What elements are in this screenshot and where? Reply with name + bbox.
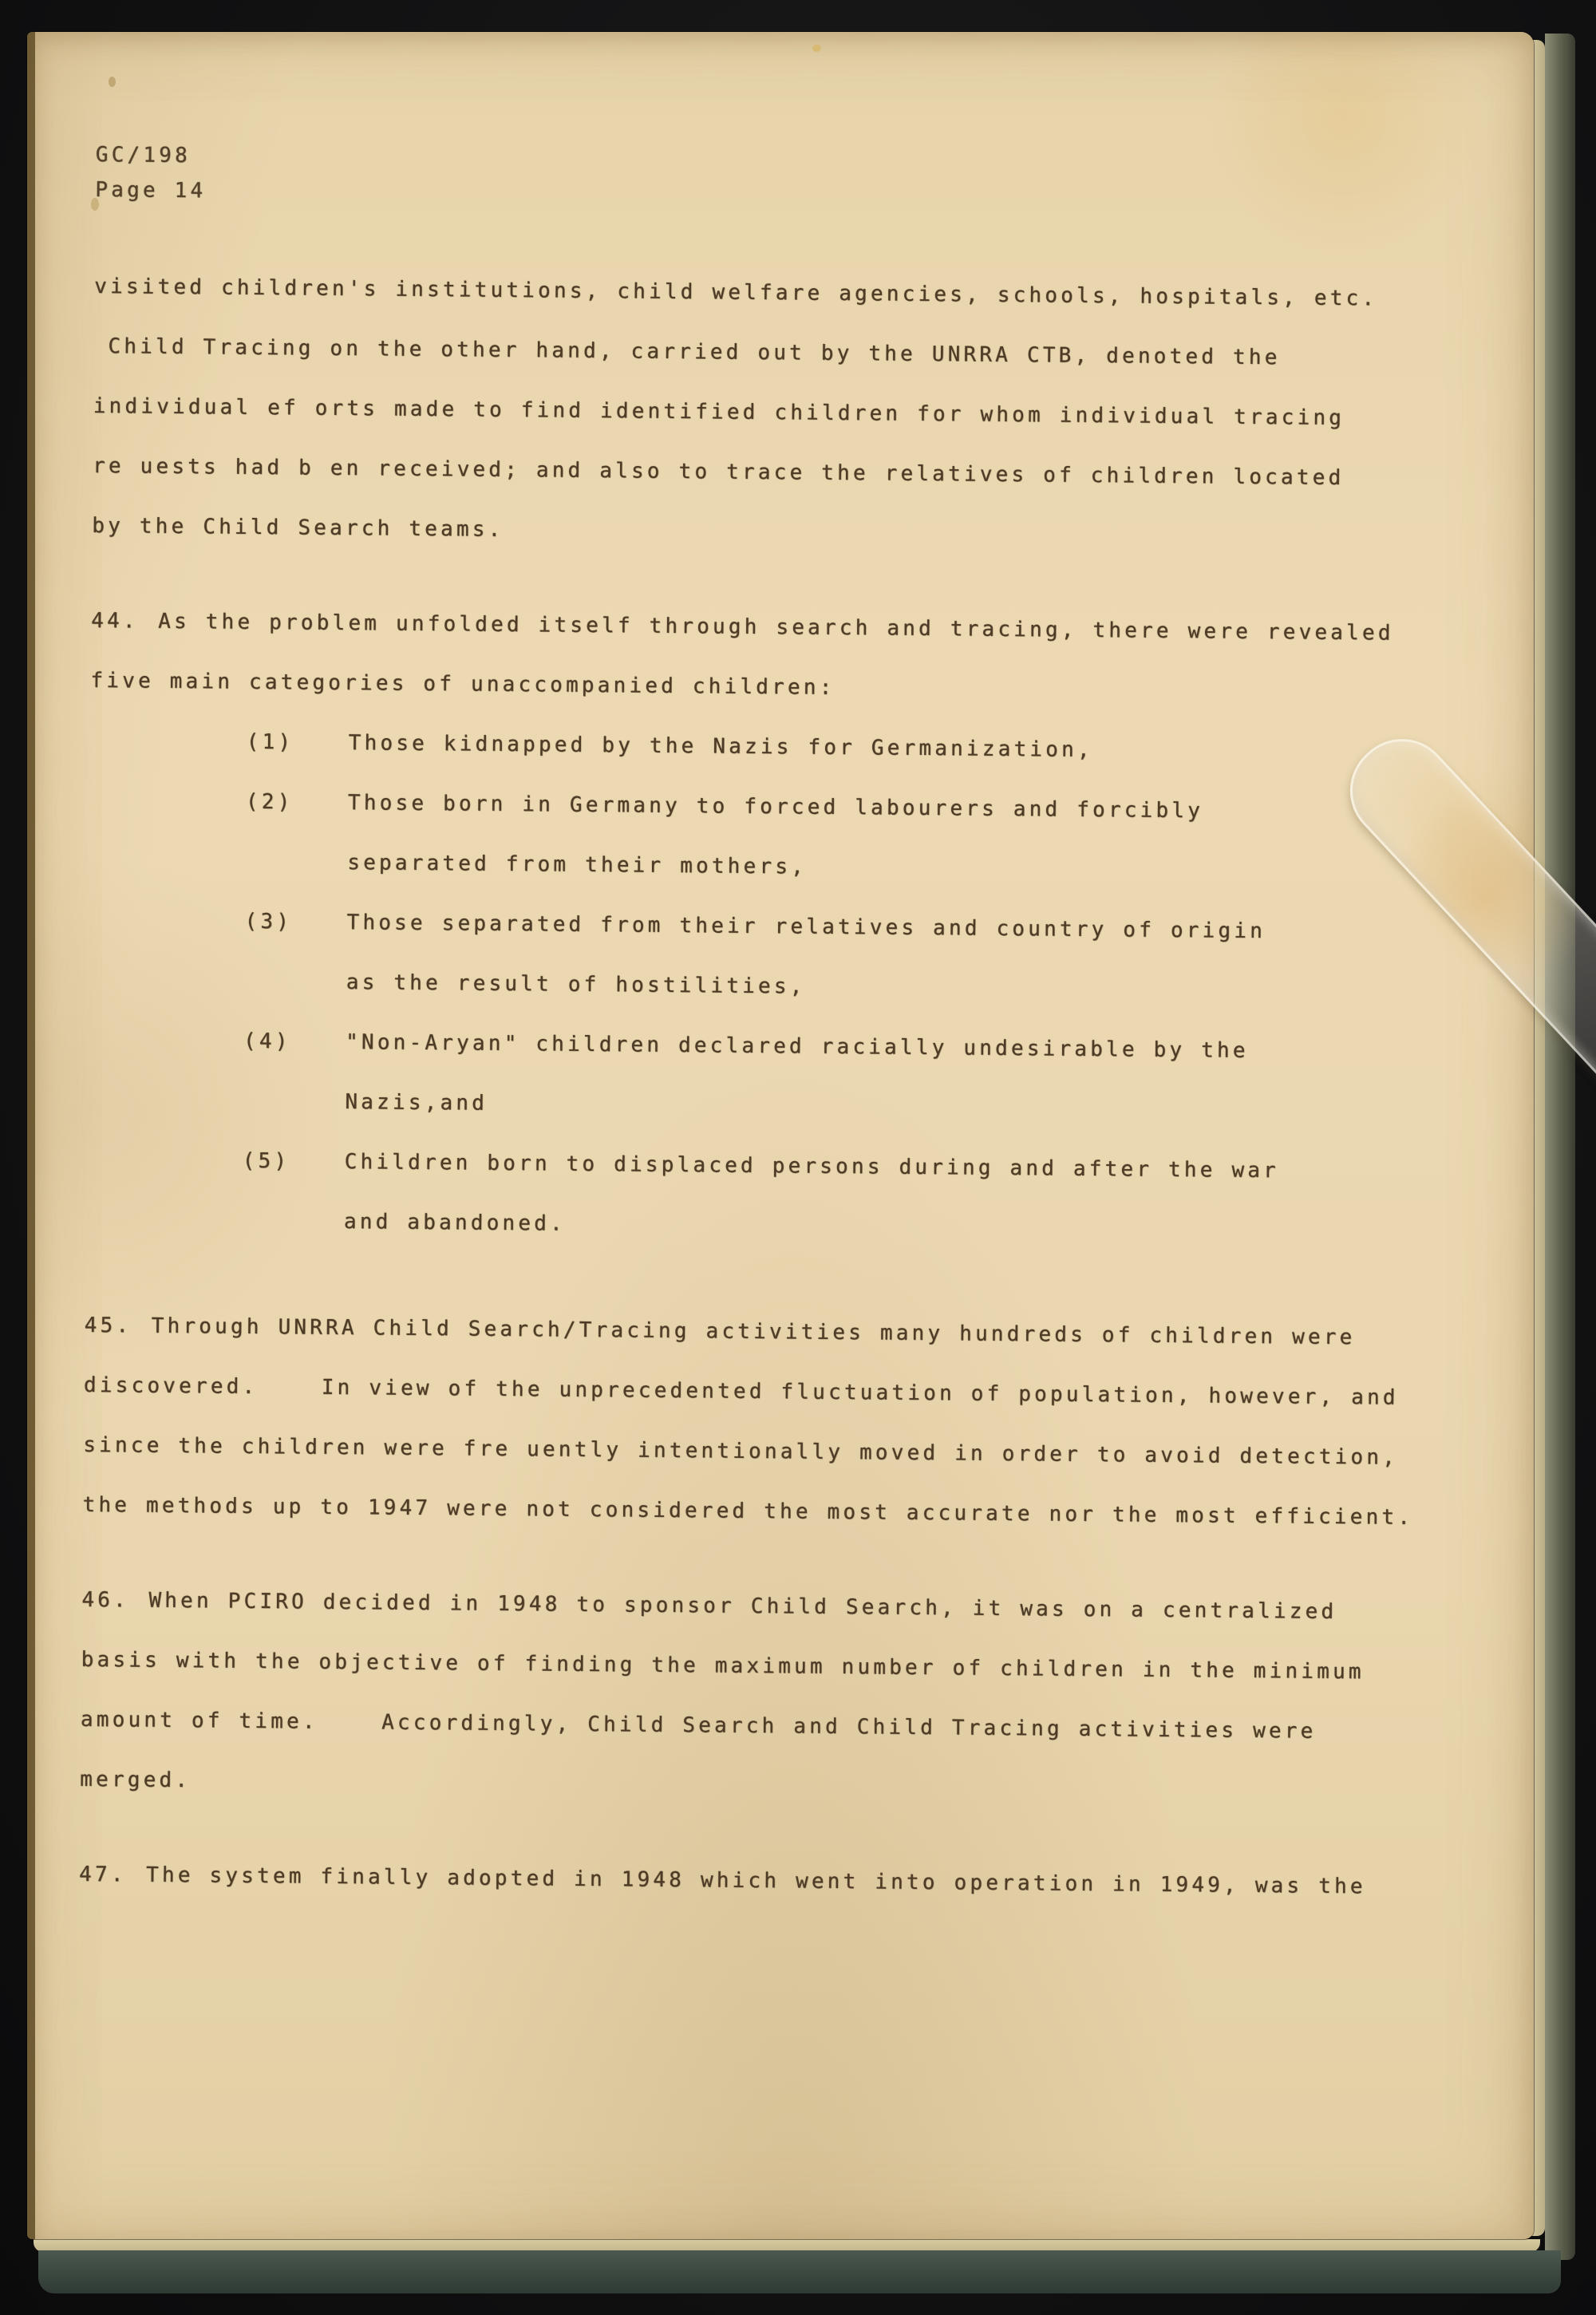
paragraph-46: 46. When PCIRO decided in 1948 to sponso…: [80, 1570, 1490, 1823]
list-item-text: Children born to displaced persons durin…: [344, 1132, 1279, 1201]
list-item-text: Nazis,and: [345, 1073, 488, 1134]
list-item-text: Those separated from their relatives and…: [346, 893, 1266, 962]
body-line: the methods up to 1947 were not consider…: [82, 1476, 1413, 1548]
list-item-text: Those kidnapped by the Nazis for Germani…: [348, 713, 1093, 780]
list-item-marker: (2): [246, 772, 349, 833]
paragraph-intro: visited children's institutions, child w…: [92, 257, 1503, 570]
scanned-archive-photo: { "colors": { "paper": "#ead7ae", "ink":…: [0, 0, 1596, 2315]
paragraph-number: 46.: [81, 1570, 149, 1631]
list-item-continuation: as the result of hostilities,: [346, 953, 1495, 1024]
body-line: When PCIRO decided in 1948 to sponsor Ch…: [148, 1571, 1337, 1642]
list-item-text: "Non-Aryan" children declared racially u…: [346, 1013, 1249, 1081]
paper-nick: [109, 77, 116, 87]
paper-stain-speck: [812, 45, 821, 52]
body-line: by the Child Search teams.: [92, 496, 504, 560]
body-line: Through UNRRA Child Search/Tracing activ…: [151, 1297, 1356, 1368]
body-line: merged.: [80, 1750, 192, 1811]
paragraph-number: 47.: [79, 1845, 147, 1906]
paragraph-44: 44. As the problem unfolded itself throu…: [90, 591, 1499, 725]
list-item-marker: (4): [243, 1012, 346, 1073]
list-item-marker: (5): [242, 1132, 345, 1192]
typewritten-text: GC/198 Page 14 visited children's instit…: [78, 137, 1503, 1954]
list-item-text: separated from their mothers,: [347, 833, 807, 898]
list-item-text: as the result of hostilities,: [346, 953, 805, 1017]
body-line: The system finally adopted in 1948 which…: [146, 1846, 1366, 1918]
list-item-continuation: Nazis,and: [345, 1073, 1495, 1144]
body-line: five main categories of unaccompanied ch…: [90, 651, 836, 718]
list-item-text: and abandoned.: [344, 1192, 567, 1254]
paragraph-number: 44.: [91, 591, 159, 652]
body-line: amount of time. Accordingly, Child Searc…: [81, 1690, 1317, 1762]
list-item-continuation: separated from their mothers,: [347, 833, 1497, 904]
document-header: GC/198 Page 14: [95, 137, 1503, 221]
category-list: (1) Those kidnapped by the Nazis for Ger…: [85, 711, 1498, 1263]
paragraph-45: 45. Through UNRRA Child Search/Tracing a…: [82, 1296, 1492, 1549]
book-cover-edge-bottom: [38, 2250, 1561, 2293]
book-cover-edge-right: [1545, 34, 1575, 2260]
paragraph-47: 47. The system finally adopted in 1948 w…: [79, 1845, 1487, 1918]
list-item-text: Those born in Germany to forced labourer…: [348, 773, 1204, 841]
list-item-marker: (1): [246, 713, 349, 773]
paragraph-number: 45.: [84, 1296, 152, 1357]
body-line: Child Tracing on the other hand, carried…: [108, 317, 1281, 388]
list-item-marker: (3): [244, 892, 347, 953]
list-item-continuation: and abandoned.: [344, 1192, 1494, 1263]
